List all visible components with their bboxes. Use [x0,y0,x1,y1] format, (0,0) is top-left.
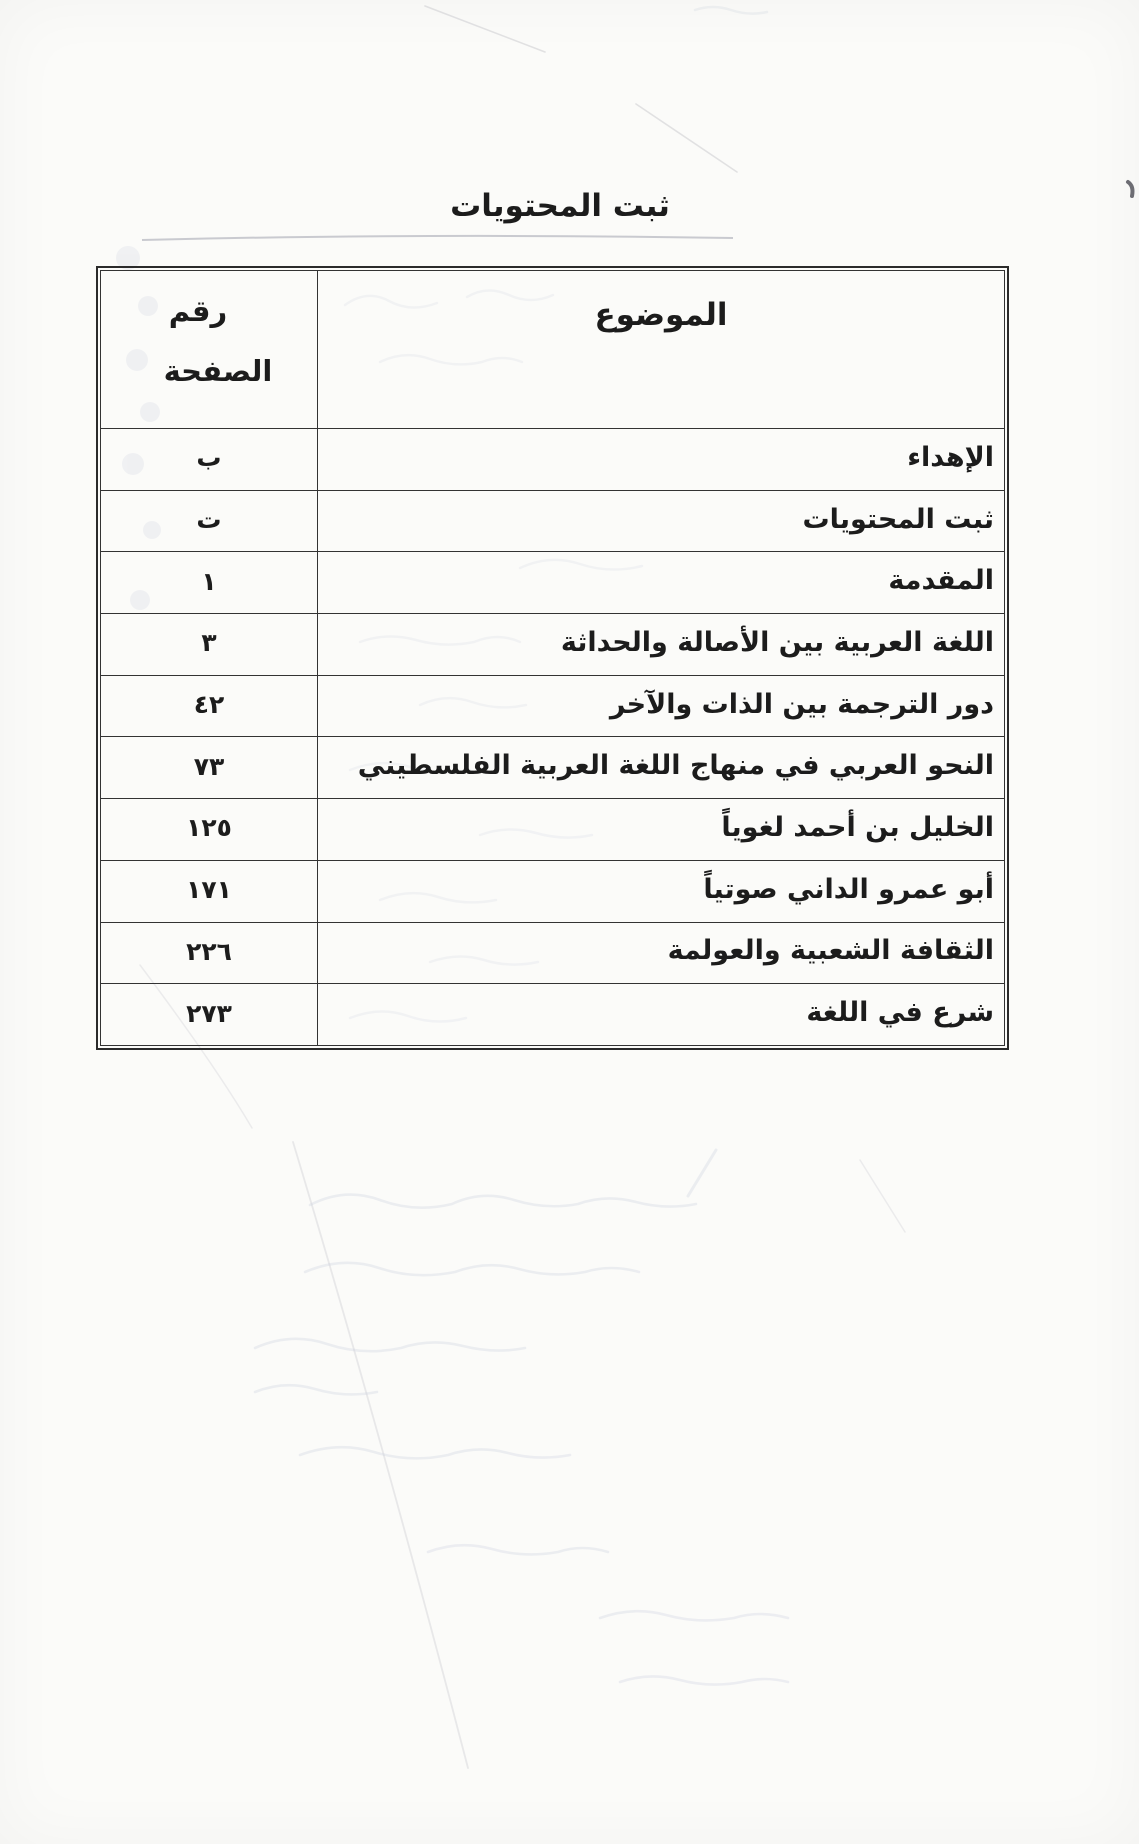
toc-entry-subject: دور الترجمة بين الذات والآخر [317,675,1004,737]
toc-entry-page-number: ٣ [101,614,318,676]
table-row: شرع في اللغة٢٧٣ [101,984,1005,1046]
table-row: اللغة العربية بين الأصالة والحداثة٣ [101,614,1005,676]
toc-entry-subject: أبو عمرو الداني صوتياً [317,860,1004,922]
paper-crease [293,1142,468,1768]
toc-table-body: الإهداءبثبت المحتوياتتالمقدمة١اللغة العر… [101,429,1005,1046]
toc-entry-page-number: ٢٢٦ [101,922,318,984]
toc-entry-page-number: ١٧١ [101,860,318,922]
toc-entry-page-number: ب [101,429,318,491]
table-row: دور الترجمة بين الذات والآخر٤٢ [101,675,1005,737]
table-row: الإهداءب [101,429,1005,491]
paper-crease [425,6,545,52]
title-underline [142,236,733,240]
column-header-page-number: رقم الصفحة [101,271,318,429]
table-row: أبو عمرو الداني صوتياً١٧١ [101,860,1005,922]
toc-entry-page-number: ١٢٥ [101,799,318,861]
scanned-document-page: ثبت المحتويات الموضوع رقم الصفحة الإهداء… [0,0,1139,1844]
table-row: ثبت المحتوياتت [101,490,1005,552]
bleed-through-artifact [695,7,767,14]
toc-entry-subject: النحو العربي في منهاج اللغة العربية الفل… [317,737,1004,799]
toc-entry-page-number: ت [101,490,318,552]
table-row: النحو العربي في منهاج اللغة العربية الفل… [101,737,1005,799]
toc-table: الموضوع رقم الصفحة الإهداءبثبت المحتويات… [96,266,1009,1050]
toc-entry-subject: الخليل بن أحمد لغوياً [317,799,1004,861]
toc-entry-subject: الإهداء [317,429,1004,491]
toc-header-row: الموضوع رقم الصفحة [101,271,1005,429]
toc-entry-subject: المقدمة [317,552,1004,614]
toc-entry-subject: شرع في اللغة [317,984,1004,1046]
toc-entry-subject: الثقافة الشعبية والعولمة [317,922,1004,984]
table-row: الثقافة الشعبية والعولمة٢٢٦ [101,922,1005,984]
stray-ink-mark [1128,182,1133,196]
paper-crease [636,104,737,172]
toc-entry-subject: اللغة العربية بين الأصالة والحداثة [317,614,1004,676]
page-title: ثبت المحتويات [350,188,770,224]
toc-entry-page-number: ١ [101,552,318,614]
table-row: المقدمة١ [101,552,1005,614]
page-number-header-line2: الصفحة [111,354,317,388]
bleed-through-handwriting [255,1150,788,1685]
toc-entry-subject: ثبت المحتويات [317,490,1004,552]
column-header-subject: الموضوع [317,271,1004,429]
page-number-header-line1: رقم [101,294,305,328]
toc-entry-page-number: ٤٢ [101,675,318,737]
table-row: الخليل بن أحمد لغوياً١٢٥ [101,799,1005,861]
paper-crease [860,1160,905,1232]
toc-entry-page-number: ٧٣ [101,737,318,799]
toc-entry-page-number: ٢٧٣ [101,984,318,1046]
